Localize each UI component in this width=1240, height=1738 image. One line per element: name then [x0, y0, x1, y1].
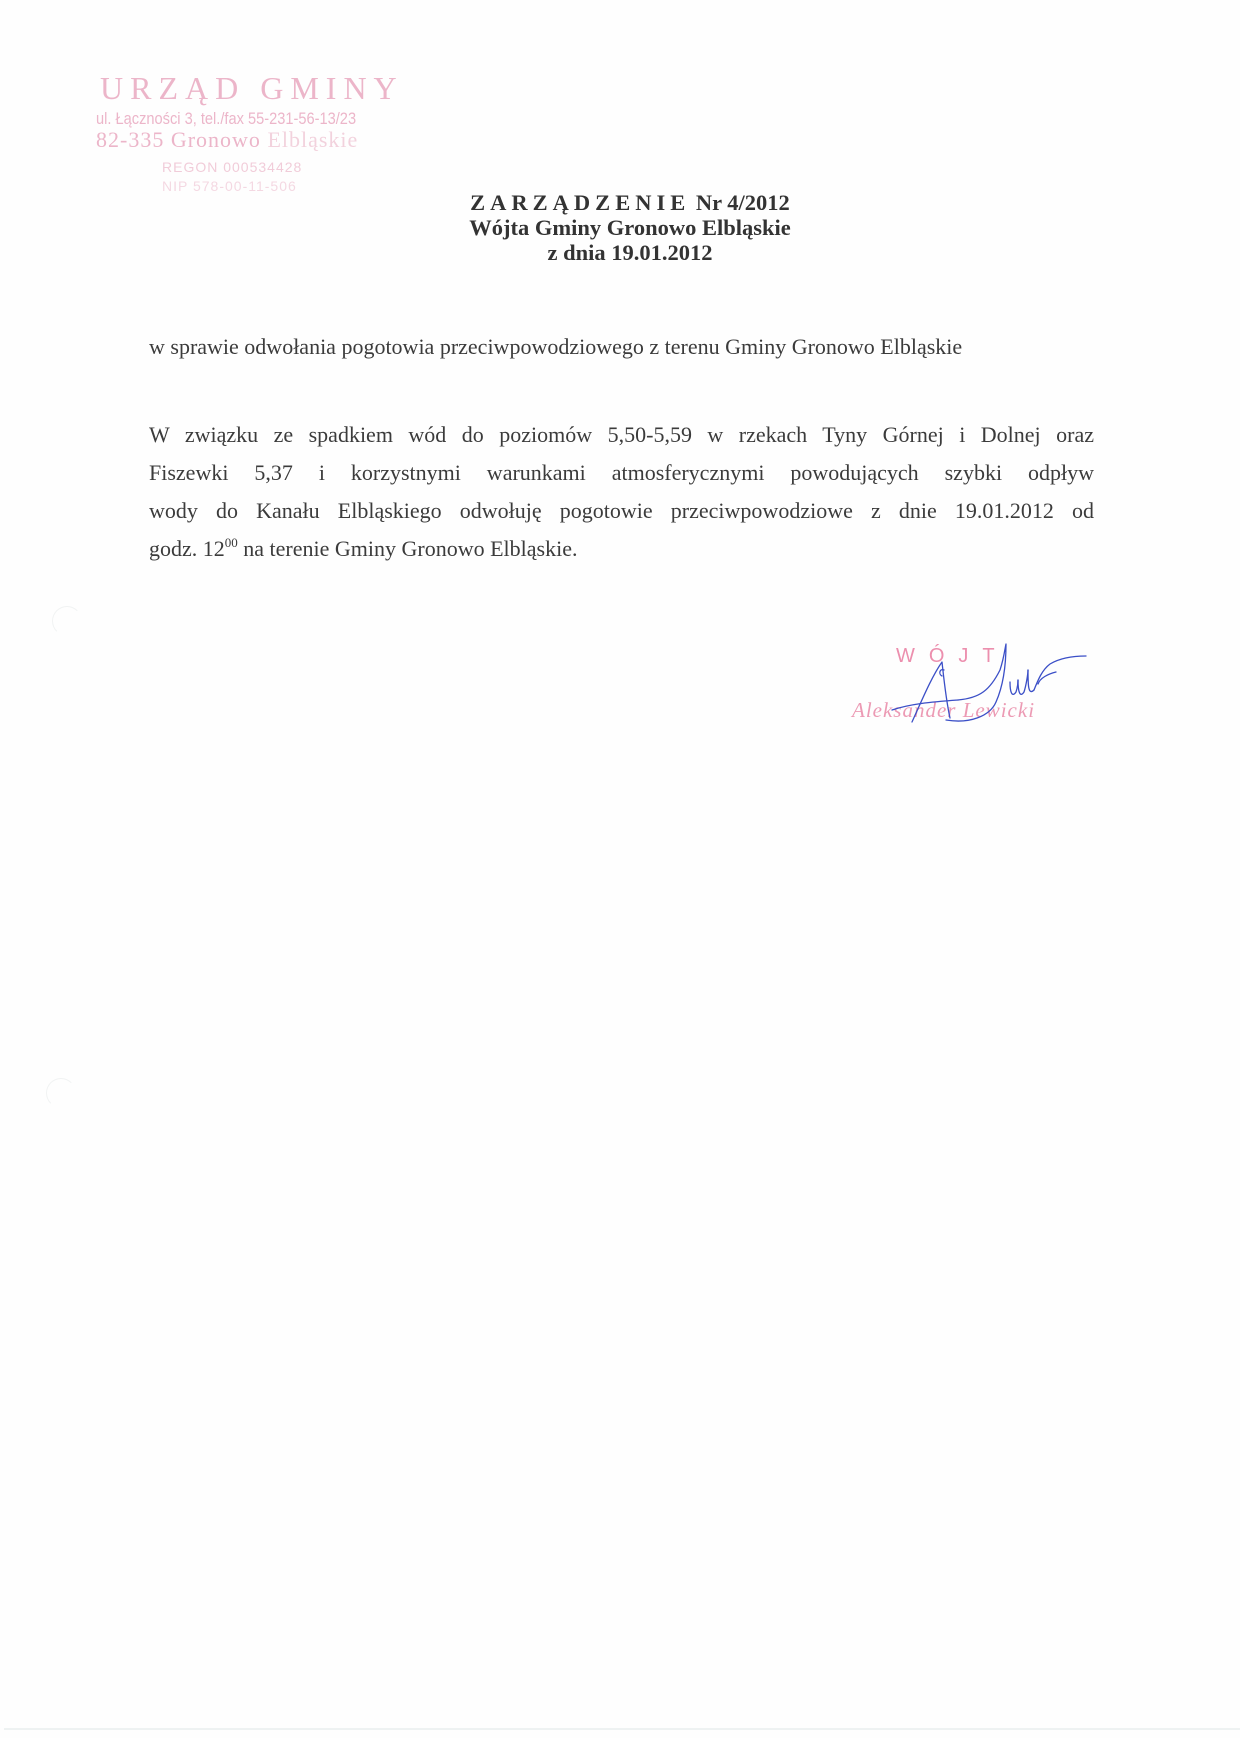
body-line: W związku ze spadkiem wód do poziomów 5,… — [149, 416, 1094, 454]
stamp-city: 82-335 Gronowo Elbląskie — [96, 129, 358, 151]
document-number: Nr 4/2012 — [696, 190, 790, 215]
signature-block: WÓJT Aleksander Lewicki — [850, 640, 1090, 740]
punch-hole-mark — [52, 606, 82, 636]
stamp-regon: REGON 000534428 — [162, 160, 302, 174]
document-subject: w sprawie odwołania pogotowia przeciwpow… — [149, 334, 962, 360]
time-superscript: 00 — [225, 535, 238, 550]
handwritten-signature-icon — [850, 640, 1090, 740]
document-title-word: ZARZĄDZENIE — [470, 190, 690, 215]
document-header: ZARZĄDZENIE Nr 4/2012 Wójta Gminy Gronow… — [400, 190, 860, 265]
punch-hole-mark — [46, 1078, 76, 1108]
scan-bottom-edge — [4, 1728, 1240, 1730]
document-issuer: Wójta Gminy Gronowo Elbląskie — [400, 215, 860, 240]
body-line: wody do Kanału Elbląskiego odwołuję pogo… — [149, 492, 1094, 530]
document-title: ZARZĄDZENIE Nr 4/2012 — [400, 190, 860, 215]
stamp-city-code: 82-335 — [96, 127, 164, 152]
document-page: URZĄD GMINY ul. Łączności 3, tel./fax 55… — [0, 0, 1240, 1738]
body-last-line-suffix: na terenie Gminy Gronowo Elbląskie. — [238, 536, 578, 561]
stamp-city-name-faded: Elbląskie — [267, 127, 358, 152]
document-date: z dnia 19.01.2012 — [400, 240, 860, 265]
stamp-nip: NIP 578-00-11-506 — [162, 179, 297, 193]
body-line: Fiszewki 5,37 i korzystnymi warunkami at… — [149, 454, 1094, 492]
body-line: godz. 1200 na terenie Gminy Gronowo Elbl… — [149, 530, 1094, 568]
document-body: W związku ze spadkiem wód do poziomów 5,… — [149, 416, 1094, 568]
stamp-title: URZĄD GMINY — [100, 72, 404, 104]
stamp-city-name: Gronowo — [171, 127, 261, 152]
body-last-line-prefix: godz. 12 — [149, 536, 225, 561]
stamp-address: ul. Łączności 3, tel./fax 55-231-56-13/2… — [96, 110, 356, 127]
